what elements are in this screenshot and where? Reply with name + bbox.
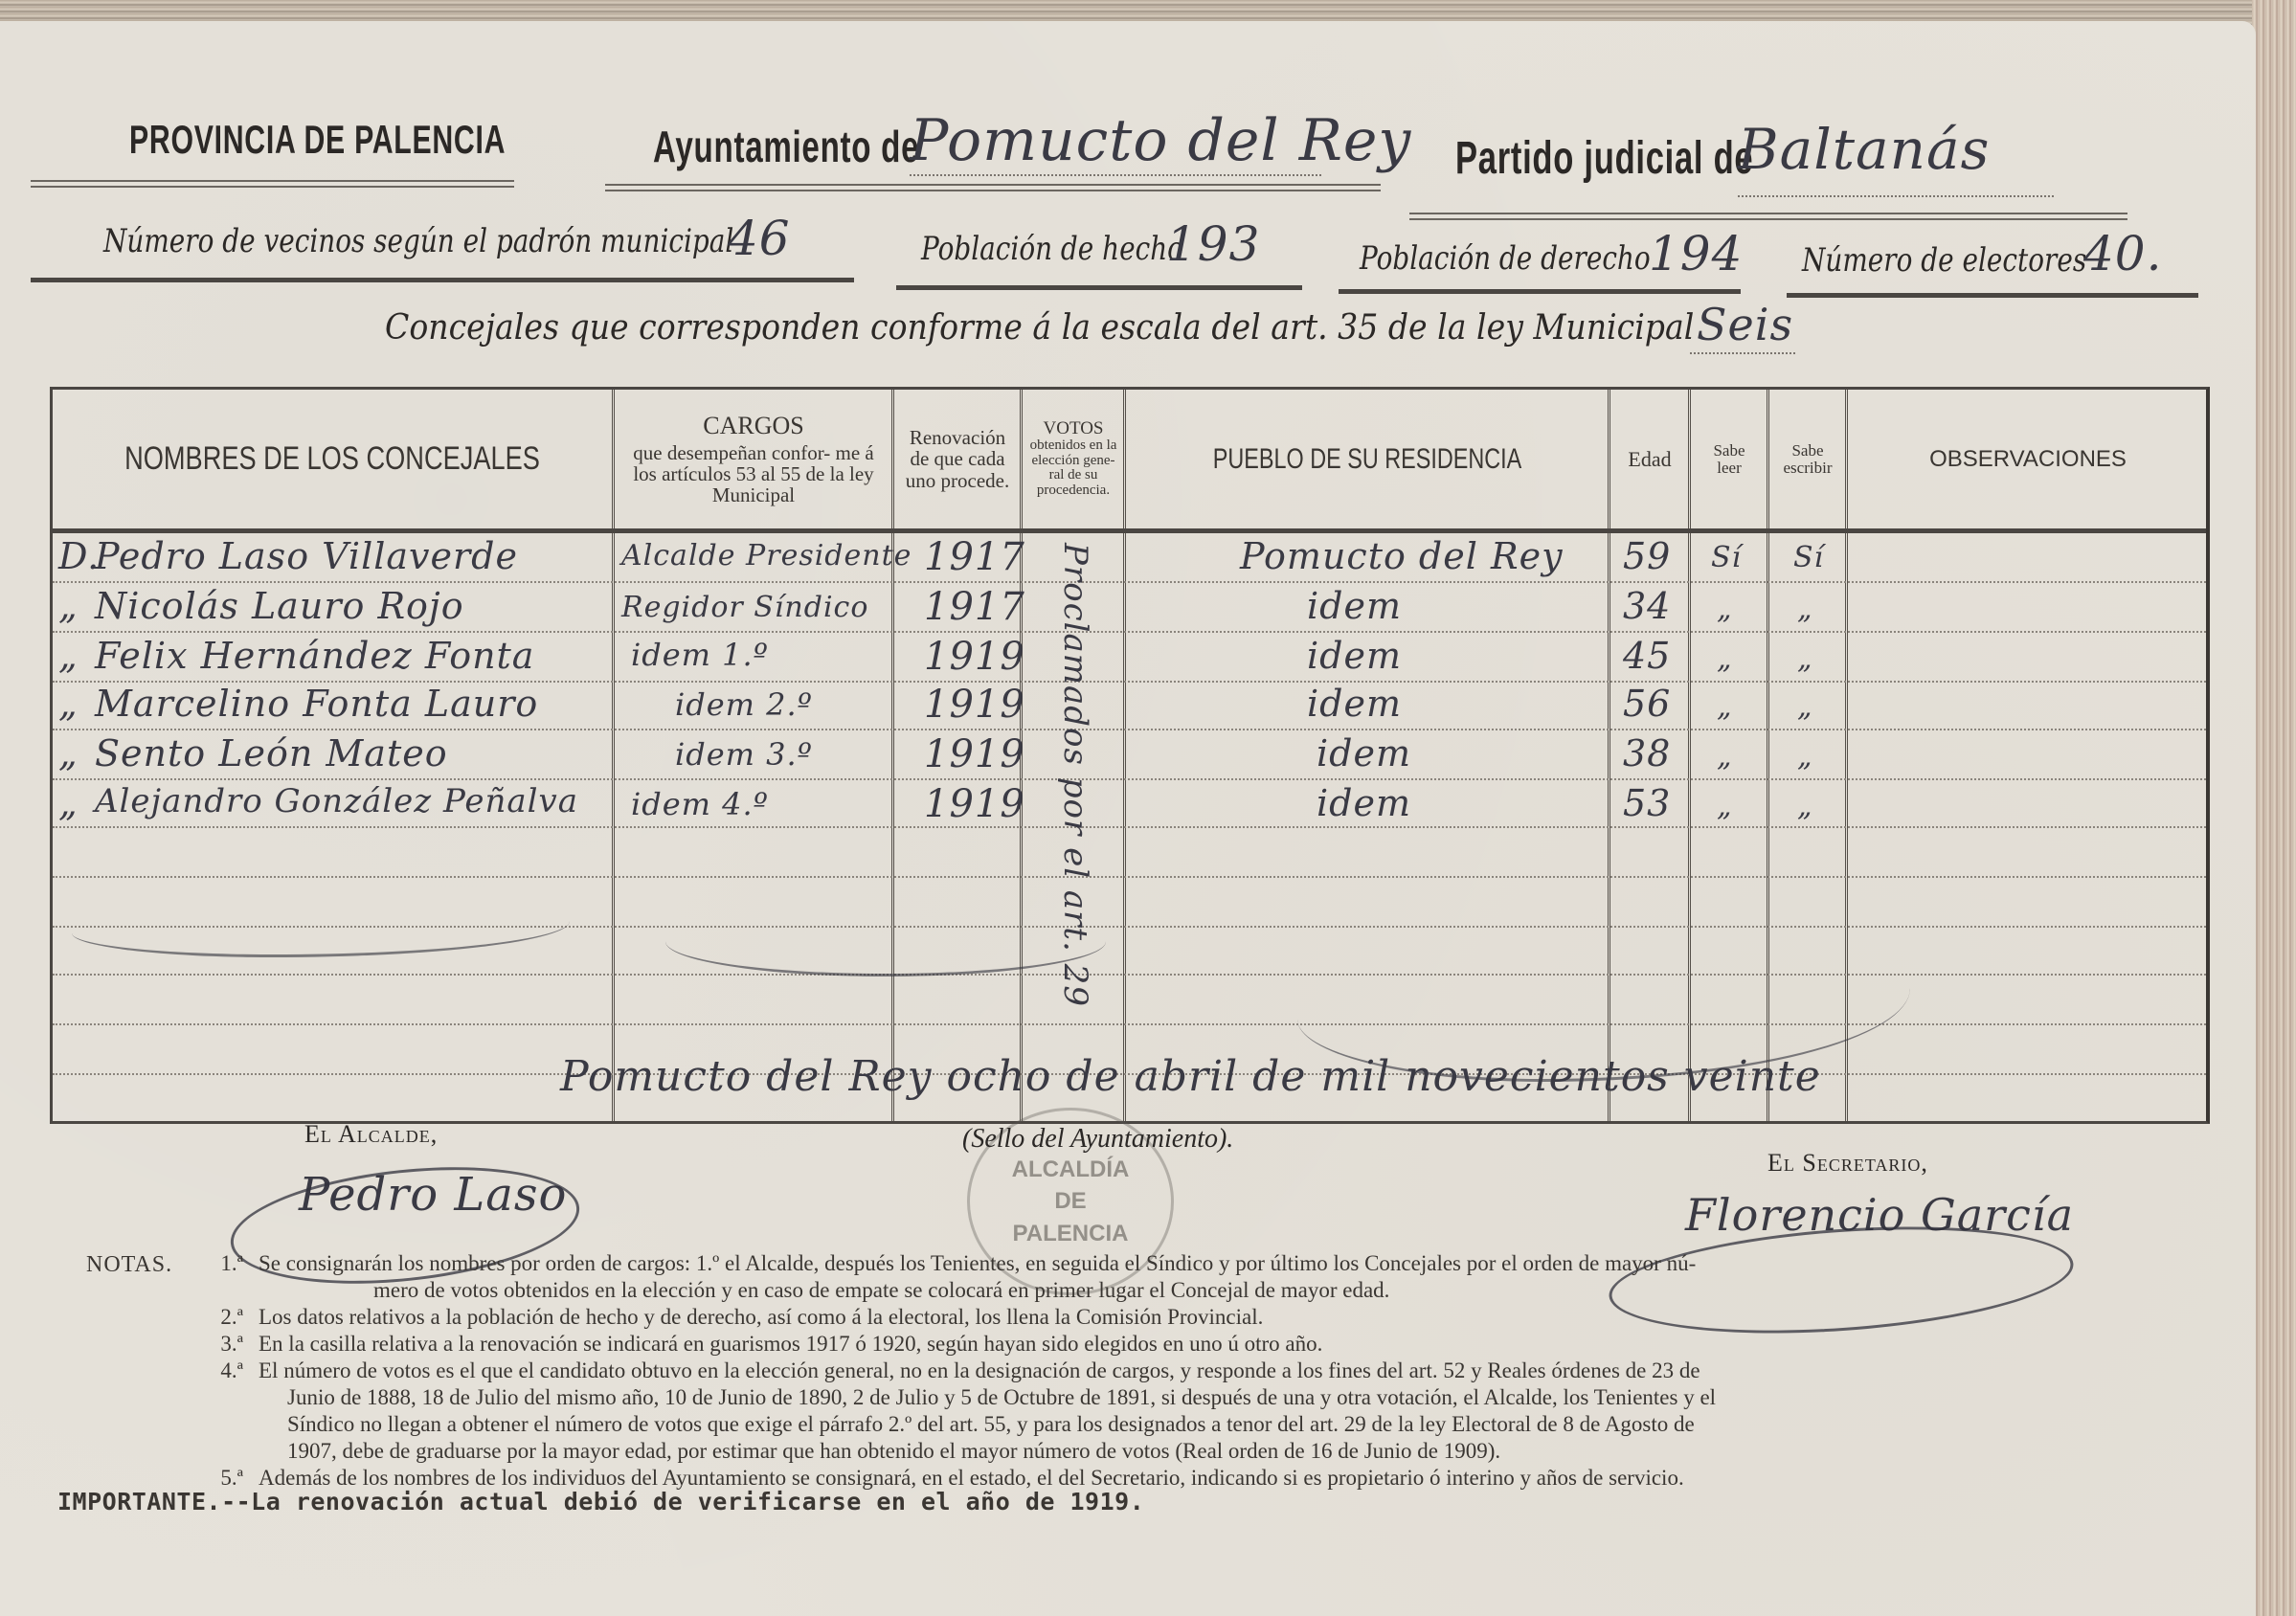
electores-label: Número de electores	[1802, 241, 2086, 280]
col-divider	[612, 390, 615, 1121]
ayuntamiento-value: Pomucto del Rey	[910, 107, 1411, 174]
row-rule	[53, 631, 2206, 633]
row-edad: 56	[1623, 683, 1671, 725]
row-nombre: Nicolás Lauro Rojo	[95, 585, 464, 627]
th-nombres: NOMBRES DE LOS CONCEJALES	[108, 390, 555, 528]
row-edad: 59	[1623, 535, 1671, 577]
document-page: PROVINCIA DE PALENCIA Ayuntamiento de Po…	[0, 21, 2256, 1616]
note-text: Se consignarán los nombres por orden de …	[259, 1250, 1696, 1277]
date-line: Pomucto del Rey ocho de abril de mil nov…	[560, 1052, 1821, 1101]
ayuntamiento-dotline	[910, 174, 1321, 176]
row-nombre: Felix Hernández Fonta	[95, 635, 534, 677]
row-escribir: „	[1797, 593, 1813, 626]
hecho-label: Población de hecho	[921, 230, 1183, 268]
header-rule	[1409, 213, 2127, 220]
note-number: 4.ª	[77, 1358, 259, 1384]
row-rule	[53, 729, 2206, 730]
row-leer: „	[1717, 642, 1733, 676]
note-text: El número de votos es el que el candidat…	[259, 1358, 1700, 1384]
vecinos-label: Número de vecinos según el padrón munici…	[103, 222, 733, 260]
th-cargos-title: CARGOS	[703, 413, 803, 438]
row-nombre: Pedro Laso Villaverde	[95, 535, 518, 577]
row-escribir: „	[1797, 690, 1813, 724]
th-votos-sub: obtenidos en la elección gene- ral de su…	[1027, 438, 1119, 499]
partido-dotline	[1738, 195, 2054, 197]
row-cargo: idem 2.º	[675, 686, 813, 723]
note-number: 2.ª	[77, 1304, 259, 1331]
note-continuation: Síndico no llegan a obtener el número de…	[77, 1411, 2183, 1438]
row-renovacion: 1919	[924, 635, 1025, 679]
row-prefix: „	[58, 585, 79, 627]
row-renovacion: 1917	[924, 535, 1025, 579]
row-rule	[53, 826, 2206, 828]
row-edad: 34	[1623, 585, 1671, 627]
row-leer: „	[1717, 690, 1733, 724]
th-sabe-leer: Sabe leer	[1692, 390, 1767, 528]
row-rule	[53, 876, 2206, 878]
row-nombre: Sento León Mateo	[95, 732, 448, 774]
stats-rule	[1339, 289, 1741, 294]
row-escribir: „	[1797, 790, 1813, 823]
row-escribir: „	[1797, 740, 1813, 774]
row-nombre: Alejandro González Peñalva	[95, 782, 578, 820]
th-observaciones: OBSERVACIONES	[1849, 390, 2207, 528]
row-pueblo: Pomucto del Rey	[1240, 535, 1564, 577]
row-escribir: „	[1797, 642, 1813, 676]
stamp-line: DE	[1054, 1185, 1086, 1218]
th-sabe-escribir: Sabe escribir	[1770, 390, 1845, 528]
concejales-value: Seis	[1697, 299, 1793, 350]
stats-rule	[1787, 293, 2198, 298]
note-continuation: mero de votos obtenidos en la elección y…	[77, 1277, 2183, 1304]
concejales-label: Concejales que corresponden conforme á l…	[385, 308, 1694, 348]
row-leer: „	[1717, 593, 1733, 626]
th-edad: Edad	[1611, 390, 1688, 528]
book-edge-right	[2252, 0, 2296, 1616]
row-edad: 38	[1623, 732, 1671, 774]
stamp-line: PALENCIA	[1013, 1218, 1129, 1250]
table-header-rule	[53, 528, 2206, 533]
note-item: 4.ªEl número de votos es el que el candi…	[77, 1358, 2183, 1384]
note-number: 3.ª	[77, 1331, 259, 1358]
important-notice: IMPORTANTE.--La renovación actual debió …	[57, 1488, 1144, 1515]
th-cargos: CARGOS que desempeñan confor- me á los a…	[616, 390, 891, 528]
row-pueblo: idem	[1317, 732, 1411, 774]
th-cargos-sub: que desempeñan confor- me á los artículo…	[624, 442, 883, 505]
row-prefix: „	[58, 683, 79, 725]
row-pueblo: idem	[1307, 585, 1402, 627]
th-votos: VOTOS obtenidos en la elección gene- ral…	[1024, 390, 1123, 528]
notes-list: 1.ªSe consignarán los nombres por orden …	[77, 1250, 2183, 1492]
alcalde-label: El Alcalde,	[304, 1120, 438, 1149]
electores-value: 40.	[2083, 226, 2163, 281]
row-pueblo: idem	[1307, 683, 1402, 725]
header-rule	[605, 184, 1381, 191]
row-rule	[53, 1023, 2206, 1025]
th-pueblo: PUEBLO DE SU RESIDENCIA	[1180, 390, 1555, 528]
row-cargo: idem 4.º	[631, 786, 769, 822]
row-pueblo: idem	[1317, 782, 1411, 824]
hecho-value: 193	[1166, 216, 1260, 272]
row-leer: „	[1717, 740, 1733, 774]
partido-value: Baltanás	[1738, 117, 1990, 182]
secretario-label: El Secretario,	[1767, 1149, 1928, 1178]
row-pueblo: idem	[1307, 635, 1402, 677]
row-prefix: „	[58, 732, 79, 774]
ayuntamiento-label: Ayuntamiento de	[653, 121, 919, 172]
note-continuation: 1907, debe de graduarse por la mayor eda…	[77, 1438, 2183, 1465]
cancel-stroke	[665, 907, 1106, 976]
header-rule	[31, 180, 514, 188]
row-nombre: Marcelino Fonta Lauro	[95, 683, 538, 725]
note-continuation: Junio de 1888, 18 de Julio del mismo año…	[77, 1384, 2183, 1411]
stats-rule	[896, 285, 1302, 290]
row-edad: 53	[1623, 782, 1671, 824]
row-rule	[53, 778, 2206, 780]
vecinos-value: 46	[728, 211, 791, 266]
province-title: PROVINCIA DE PALENCIA	[129, 117, 506, 163]
row-renovacion: 1919	[924, 732, 1025, 776]
row-cargo: Regidor Síndico	[621, 591, 868, 624]
stamp-line: ALCALDÍA	[1012, 1154, 1130, 1186]
row-prefix: D.	[58, 535, 100, 577]
th-votos-title: VOTOS	[1044, 419, 1104, 438]
row-leer: „	[1717, 790, 1733, 823]
row-renovacion: 1919	[924, 782, 1025, 826]
cancel-stroke	[72, 897, 570, 957]
row-rule	[53, 581, 2206, 583]
note-text: En la casilla relativa a la renovación s…	[259, 1331, 1322, 1358]
row-renovacion: 1917	[924, 585, 1025, 629]
derecho-label: Población de derecho	[1360, 239, 1651, 278]
row-prefix: „	[58, 782, 79, 824]
row-leer: Sí	[1711, 541, 1742, 574]
note-item: 1.ªSe consignarán los nombres por orden …	[77, 1250, 2183, 1277]
derecho-value: 194	[1649, 226, 1743, 281]
note-item: 3.ªEn la casilla relativa a la renovació…	[77, 1331, 2183, 1358]
stats-rule	[31, 278, 854, 282]
concejales-dotline	[1690, 352, 1795, 354]
concejales-table: NOMBRES DE LOS CONCEJALES CARGOS que des…	[50, 387, 2210, 1124]
note-item: 2.ªLos datos relativos a la población de…	[77, 1304, 2183, 1331]
row-edad: 45	[1623, 635, 1671, 677]
row-cargo: idem 3.º	[675, 736, 813, 773]
col-divider	[891, 390, 894, 1121]
note-number: 1.ª	[77, 1250, 259, 1277]
row-cargo: Alcalde Presidente	[621, 539, 912, 572]
row-prefix: „	[58, 635, 79, 677]
th-renovacion: Renovación de que cada uno procede.	[895, 390, 1020, 528]
row-escribir: Sí	[1793, 541, 1824, 574]
row-cargo: idem 1.º	[631, 637, 769, 673]
col-divider	[1123, 390, 1126, 1121]
partido-label: Partido judicial de	[1455, 132, 1753, 185]
seal-caption: (Sello del Ayuntamiento).	[962, 1124, 1233, 1155]
note-text: Los datos relativos a la población de he…	[259, 1304, 1263, 1331]
row-renovacion: 1919	[924, 683, 1025, 727]
